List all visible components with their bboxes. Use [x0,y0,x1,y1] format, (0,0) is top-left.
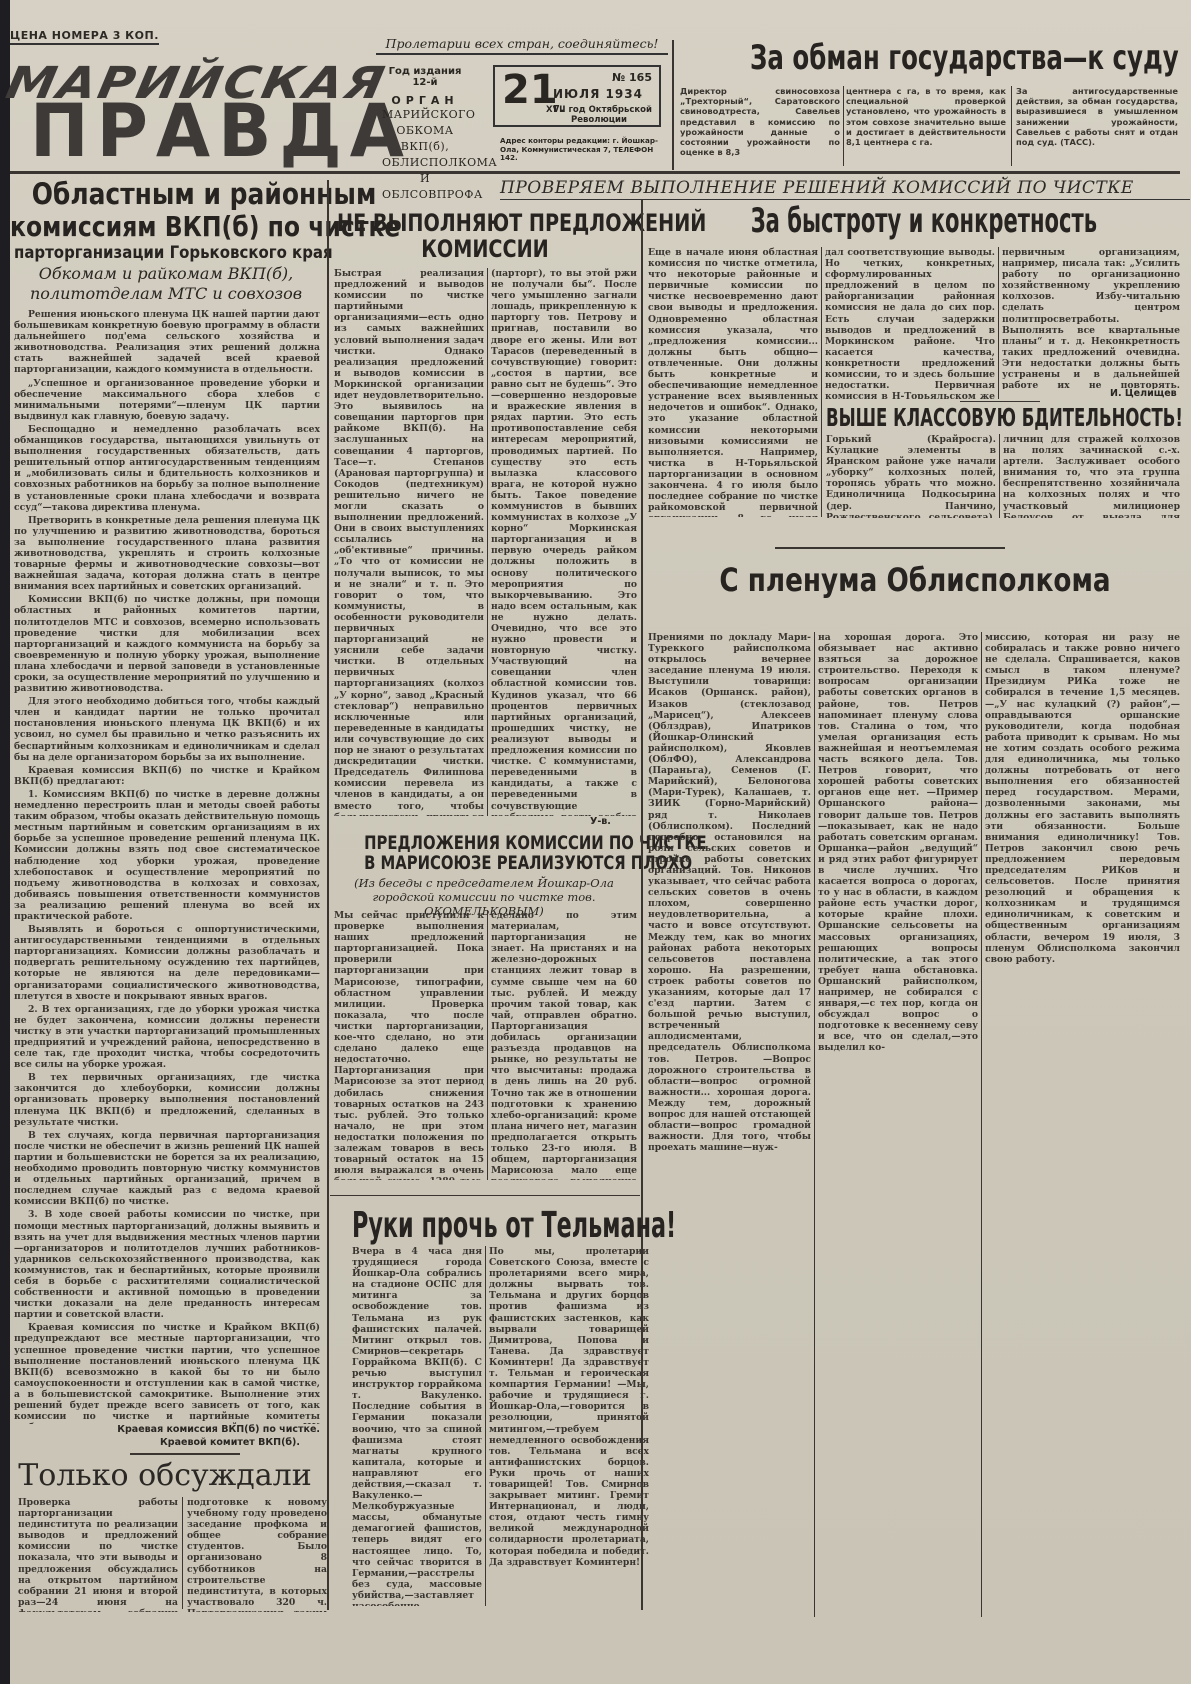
paragraph: 3. В ходе своей работы комиссии по чистк… [14,1209,320,1320]
organ-line: МАРИЙСКОГО [382,107,468,123]
paragraph: Для этого необходимо добиться того, чтоб… [14,696,320,763]
article-separator [130,1453,240,1455]
year-of-publication: Год издания 12-й [382,66,468,88]
thaelmann-col-2: По мы, пролетарии Советского Союза, вмес… [489,1246,649,1606]
lead-signature-1: Краевая комиссия ВКП(б) по чистке. [100,1424,320,1435]
only-discussed-col-2: подготовке к новому учебному году провед… [187,1497,327,1612]
marisoyuz-headline-2: В МАРИСОЮЗЕ РЕАЛИЗУЮТСЯ ПЛОХО [364,853,606,873]
paragraph: В тех первичных организациях, где чистка… [14,1072,320,1127]
paragraph: „Успешное и организованное проведение уб… [14,378,320,422]
plenum-col-2: на хорошая дорога. Это обязывает нас акт… [818,632,978,1617]
issue-number: № 165 [612,71,652,84]
thaelmann-col-1: Вчера в 4 часа дня трудящиеся города Йош… [352,1246,482,1606]
marisoyuz-col-1: Мы сейчас приступили к проверке выполнен… [334,910,484,1180]
column-divider [821,247,822,517]
paragraph: Беспощадно и немедленно разоблачать всех… [14,424,320,513]
paragraph: 2. В тех организациях, где до уборки уро… [14,1004,320,1071]
editorial-address: Адрес конторы редакции: г. Йошкар-Ола, К… [500,137,660,163]
organ-label: ОРГАН [382,94,468,107]
not-fulfilling-col-1: Быстрая реализация предложений и выводов… [334,268,484,816]
article-separator [960,401,1040,402]
lead-article-body: Решения июньского пленума ЦК нашей парти… [14,309,320,1424]
revolution-year: XVII год Октябрьской Революции [539,105,659,125]
column-divider [672,40,674,170]
top-story-col-1: Директор свиносовхоза „Трехторный“, Сара… [680,86,840,168]
date-box: 21 № 165 ИЮЛЯ 1934 г. XVII год Октябрьск… [493,65,661,127]
column-divider [998,247,999,399]
not-fulfilling-signature: У-в. [590,816,611,827]
column-divider [981,632,982,1617]
paragraph: 1. Комиссиям ВКП(б) по чистке в деревне … [14,789,320,922]
scan-edge [0,0,10,1684]
article-separator [330,1195,640,1196]
not-fulfilling-col-2: (парторг), то вы этой ржи не получали бы… [491,268,637,816]
only-discussed-headline: Только обсуждали [10,1458,320,1494]
not-fulfilling-headline-1: НЕ ВЫПОЛНЯЮТ ПРЕДЛОЖЕНИЙ [337,210,706,236]
marisoyuz-col-2: сделано по этим материалам, парторганиза… [491,910,637,1180]
masthead-motto: Пролетарии всех стран, соединяйтесь! [376,36,668,55]
speed-headline: За быстроту и конкретность [751,203,1080,239]
only-discussed-col-1: Проверка работы парторганизации пединсти… [18,1497,178,1612]
price-label: ЦЕНА НОМЕРА 3 КОП. [10,29,159,45]
vigilance-col-2: личниц для стражей колхозов на полях зач… [1003,434,1180,518]
top-story-col-2: центнера с га, в то время, как специальн… [846,86,1006,168]
top-story-col-3: За антигосударственные действия, за обма… [1016,86,1178,168]
speed-col-1: Еще в начале июня областная комиссия по … [648,247,818,517]
paragraph: В тех случаях, когда первичная парторган… [14,1130,320,1208]
organ-line: ОБКОМА ВКП(б), [382,123,468,155]
masthead-rule [10,171,1180,174]
not-fulfilling-headline-2: КОМИССИИ [361,236,609,262]
paragraph: Решения июньского пленума ЦК нашей парти… [14,309,320,376]
paragraph: Краевая комиссия по чистке и Крайком ВКП… [14,1322,320,1424]
lead-headline-3: парторганизации Горьковского края [14,243,333,263]
thaelmann-headline: Руки прочь от Тельмана! [352,1206,676,1246]
lead-signature-2: Краевой комитет ВКП(б). [100,1437,300,1448]
column-divider [487,268,488,816]
column-divider [999,434,1000,518]
speed-col-2: дал соответствующие выводы. Но четких, к… [825,247,995,399]
vigilance-col-1: Горький (Крайросга). Кулацкие элементы в… [826,434,996,518]
masthead-title-line2: ПРАВДА [30,94,412,168]
column-divider [843,86,844,166]
column-divider [1011,86,1012,166]
paragraph: Претворить в конкретные дела решения пле… [14,515,320,593]
paragraph: Выявлять и бороться с оппортунистическим… [14,924,320,1002]
lead-headline-1: Областным и районным [32,178,299,210]
speed-col-3: первичным организациям, например, писала… [1002,247,1180,389]
paragraph: Краевая комиссия ВКП(б) по чистке и Край… [14,765,320,787]
column-divider [814,632,815,1617]
lead-headline-2: комиссиям ВКП(б) по чистке [10,212,329,242]
organ-line: ОБЛСОВПРОФА [382,187,468,203]
plenum-col-3: миссию, которая ни разу не собиралась и … [985,632,1180,1617]
plenum-col-1: Прениями по докладу Мари-Туреккого райис… [648,632,811,1617]
column-divider [327,180,329,1610]
column-divider [485,1246,486,1606]
vigilance-headline: ВЫШЕ КЛАССОВУЮ БДИТЕЛЬНОСТЬ! [826,404,1183,432]
speed-signature: И. Целищев [1110,388,1177,399]
lead-subhead: Обкомам и райкомам ВКП(б), политотделам … [12,264,320,304]
organ-block: Год издания 12-й ОРГАН МАРИЙСКОГО ОБКОМА… [382,66,468,203]
top-story-headline: За обман государства—к суду [750,38,1110,78]
paragraph: Комиссии ВКП(б) по чистке должны, при по… [14,594,320,694]
section-banner: ПРОВЕРЯЕМ ВЫПОЛНЕНИЕ РЕШЕНИЙ КОМИССИЙ ПО… [500,178,1190,200]
marisoyuz-headline-1: ПРЕДЛОЖЕНИЯ КОМИССИИ ПО ЧИСТКЕ [364,833,606,853]
article-separator [775,547,1005,549]
plenum-headline: С пленума Облисполкома [698,562,1133,598]
column-divider [487,910,488,1180]
column-divider [182,1497,183,1609]
